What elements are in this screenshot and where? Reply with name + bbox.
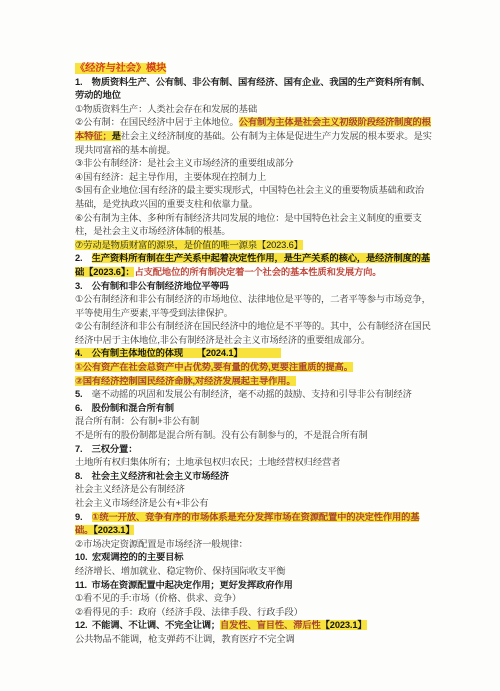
text-run: 11. 市场在资源配置中起决定作用；更好发挥政府作用 [75, 580, 293, 590]
point: ②市场决定资源配置是市场经济一般规律： [75, 538, 433, 552]
point: 土地所有权归集体所有；土地承包权归农民；土地经营权归经营者 [75, 456, 433, 470]
heading-7: 7. 三权分置： [75, 443, 433, 457]
heading-4: 4. 公有制主体地位的体现 【2024.1】 [75, 347, 433, 361]
point: 不是所有的股份制都是混合所有制。没有公有制参与的，不是混合所有制 [75, 429, 433, 443]
text-run: 6. 股份制和混合所有制 [75, 403, 174, 413]
text-run: 8. 社会主义经济和社会主义市场经济 [75, 471, 229, 481]
text-run: 社会主义经济是公有制经济 [75, 484, 185, 494]
text-run: 毫不动摇的巩固和发展公有制经济，毫不动摇的鼓励、支持和引导非公有制经济 [92, 389, 412, 399]
text-run: 12. 不能调、不让调、不完全让调； [75, 620, 220, 630]
text-run: 10. 宏观调控的的主要目标 [75, 552, 183, 562]
text-run: 是 [112, 131, 121, 141]
text-run: 经济增长、增加就业、稳定物价、保持国际收支平衡 [75, 566, 285, 576]
text-run: ③非公有制经济：是社会主义市场经济的重要组成部分 [75, 158, 294, 168]
point: 经济增长、增加就业、稳定物价、保持国际收支平衡 [75, 565, 433, 579]
text-run: ⑤国有企业地位:国有经济的最主要实现形式，中国特色社会主义的重要物质基础和政治基… [75, 185, 424, 209]
text-run: 占支配地位的所有制决定着一个社会的基本性质和发展方向。 [134, 267, 381, 277]
text-run: 4. 公有制主体地位的体现 【2024.1】 [75, 348, 281, 358]
text-run: 混合所有制：公有制+非公有制 [75, 416, 199, 426]
text-run: ①物质资料生产：人类社会存在和发展的基础 [75, 104, 257, 114]
text-run: 3. 公有制和非公有制经济地位平等吗 [75, 281, 229, 291]
text-run: ⑥公有制为主体、多种所有制经济共同发展的地位：是中国特色社会主义制度的重要支柱，… [75, 213, 422, 237]
point: ⑥公有制为主体、多种所有制经济共同发展的地位：是中国特色社会主义制度的重要支柱，… [75, 212, 433, 239]
notes-content: 《经济与社会》模块1. 物质资料生产、公有制、非公有制、国有经济、国有企业、我国… [75, 62, 433, 647]
text-run: 社会主义经济制度的基础。公有制为主体是促进生产力发展的根本要求。是实现共同富裕的… [75, 131, 432, 155]
module-title: 《经济与社会》模块 [75, 62, 433, 76]
heading-11: 11. 市场在资源配置中起决定作用；更好发挥政府作用 [75, 579, 433, 593]
text-run: ②国有经济控制国民经济命脉,对经济发展起主导作用。 [75, 376, 296, 386]
point: ⑦劳动是物质财富的源泉，是价值的唯一源泉【2023.6】 [75, 239, 433, 253]
heading-10: 10. 宏观调控的的主要目标 [75, 551, 433, 565]
point: ②看得见的手：政府（经济手段、法律手段、行政手段） [75, 606, 433, 620]
heading-2: 2. 生产资料所有制在生产关系中起着决定性作用，是生产关系的核心，是经济制度的基… [75, 252, 433, 279]
text-run: ②公有制：在国民经济中居于主体地位。 [75, 117, 239, 127]
point: ②公有制：在国民经济中居于主体地位。公有制为主体是社会主义初级阶段经济制度的根本… [75, 116, 433, 157]
point: ③非公有制经济：是社会主义市场经济的重要组成部分 [75, 157, 433, 171]
text-run: 2. [75, 253, 92, 263]
point: ①公有资产在社会总资产中占优势,要有量的优势,更要注重质的提高。 [75, 361, 433, 375]
text-run: 土地所有权归集体所有；土地承包权归农民；土地经营权归经营者 [75, 457, 340, 467]
text-run: ①公有制经济和非公有制经济的市场地位、法律地位是平等的，二者平等参与市场竞争，平… [75, 294, 431, 318]
point: ②国有经济控制国民经济命脉,对经济发展起主导作用。 [75, 375, 433, 389]
point: 社会主义经济是公有制经济 [75, 483, 433, 497]
heading-8: 8. 社会主义经济和社会主义市场经济 [75, 470, 433, 484]
point: ⑤国有企业地位:国有经济的最主要实现形式，中国特色社会主义的重要物质基础和政治基… [75, 184, 433, 211]
point: 混合所有制：公有制+非公有制 [75, 415, 433, 429]
heading-9: 9. ①统一开放、竞争有序的市场体系是充分发挥市场在资源配置中的决定性作用的基础… [75, 511, 433, 538]
text-run: 自发性、盲目性、滞后性 [220, 620, 321, 630]
text-run: ①看不见的手:市场（价格、供求、竞争） [75, 593, 241, 603]
heading-3: 3. 公有制和非公有制经济地位平等吗 [75, 280, 433, 294]
point: 公共物品不能调，枪支弹药不让调，教育医疗不完全调 [75, 633, 433, 647]
point: ①公有制经济和非公有制经济的市场地位、法律地位是平等的，二者平等参与市场竞争，平… [75, 293, 433, 320]
text-run: 9. [75, 512, 92, 522]
text-run: ④国有经济：起主导作用，主要体现在控制力上 [75, 172, 266, 182]
point: ①物质资料生产：人类社会存在和发展的基础 [75, 103, 433, 117]
point: ④国有经济：起主导作用，主要体现在控制力上 [75, 171, 433, 185]
text-run: 社会主义市场经济是公有+非公有 [75, 498, 208, 508]
point: ②公有制经济和非公有制经济在国民经济中的地位是不平等的。其中，公有制经济在国民经… [75, 320, 433, 347]
text-run: ②公有制经济和非公有制经济在国民经济中的地位是不平等的。其中，公有制经济在国民经… [75, 321, 431, 345]
heading-12: 12. 不能调、不让调、不完全让调；自发性、盲目性、滞后性【2023.1】 [75, 619, 433, 633]
text-run: 《经济与社会》模块 [75, 63, 166, 74]
text-run: 1. [75, 77, 92, 87]
text-run: 不是所有的股份制都是混合所有制。没有公有制参与的，不是混合所有制 [75, 430, 368, 440]
text-run: ②市场决定资源配置是市场经济一般规律： [75, 539, 248, 549]
heading-6: 6. 股份制和混合所有制 [75, 402, 433, 416]
text-run: 5. [75, 389, 92, 399]
text-run: ①公有资产在社会总资产中占优势,要有量的优势,更要注重质的提高。 [75, 362, 353, 372]
text-run: 物质资料生产、公有制、非公有制、国有经济、国有企业、我国的生产资料所有制、劳动的… [75, 77, 430, 101]
point: ①看不见的手:市场（价格、供求、竞争） [75, 592, 433, 606]
text-run: 公共物品不能调，枪支弹药不让调，教育医疗不完全调 [75, 634, 295, 644]
point: 社会主义市场经济是公有+非公有 [75, 497, 433, 511]
heading-5: 5. 毫不动摇的巩固和发展公有制经济，毫不动摇的鼓励、支持和引导非公有制经济 [75, 388, 433, 402]
text-run: 【2023.1】 [321, 620, 367, 630]
notes-page: 《经济与社会》模块1. 物质资料生产、公有制、非公有制、国有经济、国有企业、我国… [0, 0, 500, 691]
text-run: 7. 三权分置： [75, 444, 137, 454]
text-run: 【2023.1】 [93, 525, 134, 535]
text-run: ②看得见的手：政府（经济手段、法律手段、行政手段） [75, 607, 303, 617]
heading-1: 1. 物质资料生产、公有制、非公有制、国有经济、国有企业、我国的生产资料所有制、… [75, 76, 433, 103]
text-run: ⑦劳动是物质财富的源泉，是价值的唯一源泉【2023.6】 [75, 240, 303, 250]
